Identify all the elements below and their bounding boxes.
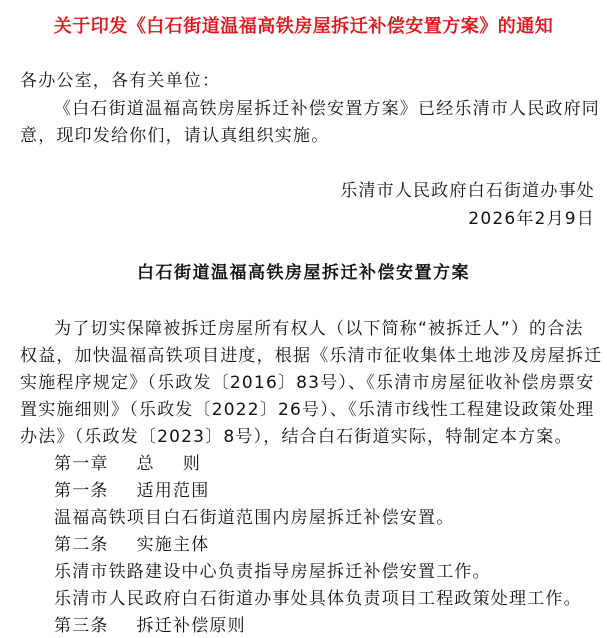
article-1-text: 温福高铁项目白石街道范围内房屋拆迁补偿安置。 [54, 503, 454, 528]
notice-body-line-1: 《白石街道温福高铁房屋拆迁补偿安置方案》已经乐清市人民政府同 [54, 94, 600, 119]
article-1-heading: 第一条适用范围 [54, 476, 209, 501]
intro-line-5: 办法》（乐政发〔2023〕8号），结合白石街道实际，特制定本方案。 [20, 422, 573, 447]
article-2-text-2: 乐清市人民政府白石街道办事处具体负责项目工程政策处理工作。 [54, 584, 582, 609]
article-number: 第二条 [54, 535, 109, 555]
article-2-text-1: 乐清市铁路建设中心负责指导房屋拆迁补偿安置工作。 [54, 557, 491, 582]
chapter-1: 第一章总则 [54, 449, 201, 474]
notice-title: 关于印发《白石街道温福高铁房屋拆迁补偿安置方案》的通知 [0, 12, 607, 38]
intro-line-4: 置实施细则》（乐政发〔2022〕26号）、《乐清市线性工程建设政策处理 [20, 395, 594, 420]
notice-body-line-2: 意，现印发给你们，请认真组织实施。 [20, 121, 329, 146]
chapter-title-a: 总 [137, 454, 155, 474]
intro-line-1: 为了切实保障被拆迁房屋所有权人（以下简称“被拆迁人”）的合法 [54, 314, 584, 339]
intro-line-3: 实施程序规定》（乐政发〔2016〕83号）、《乐清市房屋征收补偿房票安 [20, 368, 594, 393]
salutation: 各办公室，各有关单位： [20, 66, 220, 91]
article-title: 适用范围 [137, 481, 210, 501]
chapter-number: 第一章 [54, 454, 109, 474]
article-title: 实施主体 [137, 535, 210, 555]
article-2-heading: 第二条实施主体 [54, 530, 209, 555]
article-3-heading: 第三条拆迁补偿原则 [54, 611, 246, 636]
issue-date: 2026年2月9日 [468, 204, 595, 229]
intro-line-2: 权益，加快温福高铁项目进度，根据《乐清市征收集体土地涉及房屋拆迁 [20, 341, 602, 366]
plan-heading: 白石街道温福高铁房屋拆迁补偿安置方案 [0, 258, 607, 283]
article-number: 第一条 [54, 481, 109, 501]
chapter-title-b: 则 [183, 454, 201, 474]
article-title: 拆迁补偿原则 [137, 616, 246, 636]
issuer: 乐清市人民政府白石街道办事处 [340, 176, 595, 201]
article-number: 第三条 [54, 616, 109, 636]
